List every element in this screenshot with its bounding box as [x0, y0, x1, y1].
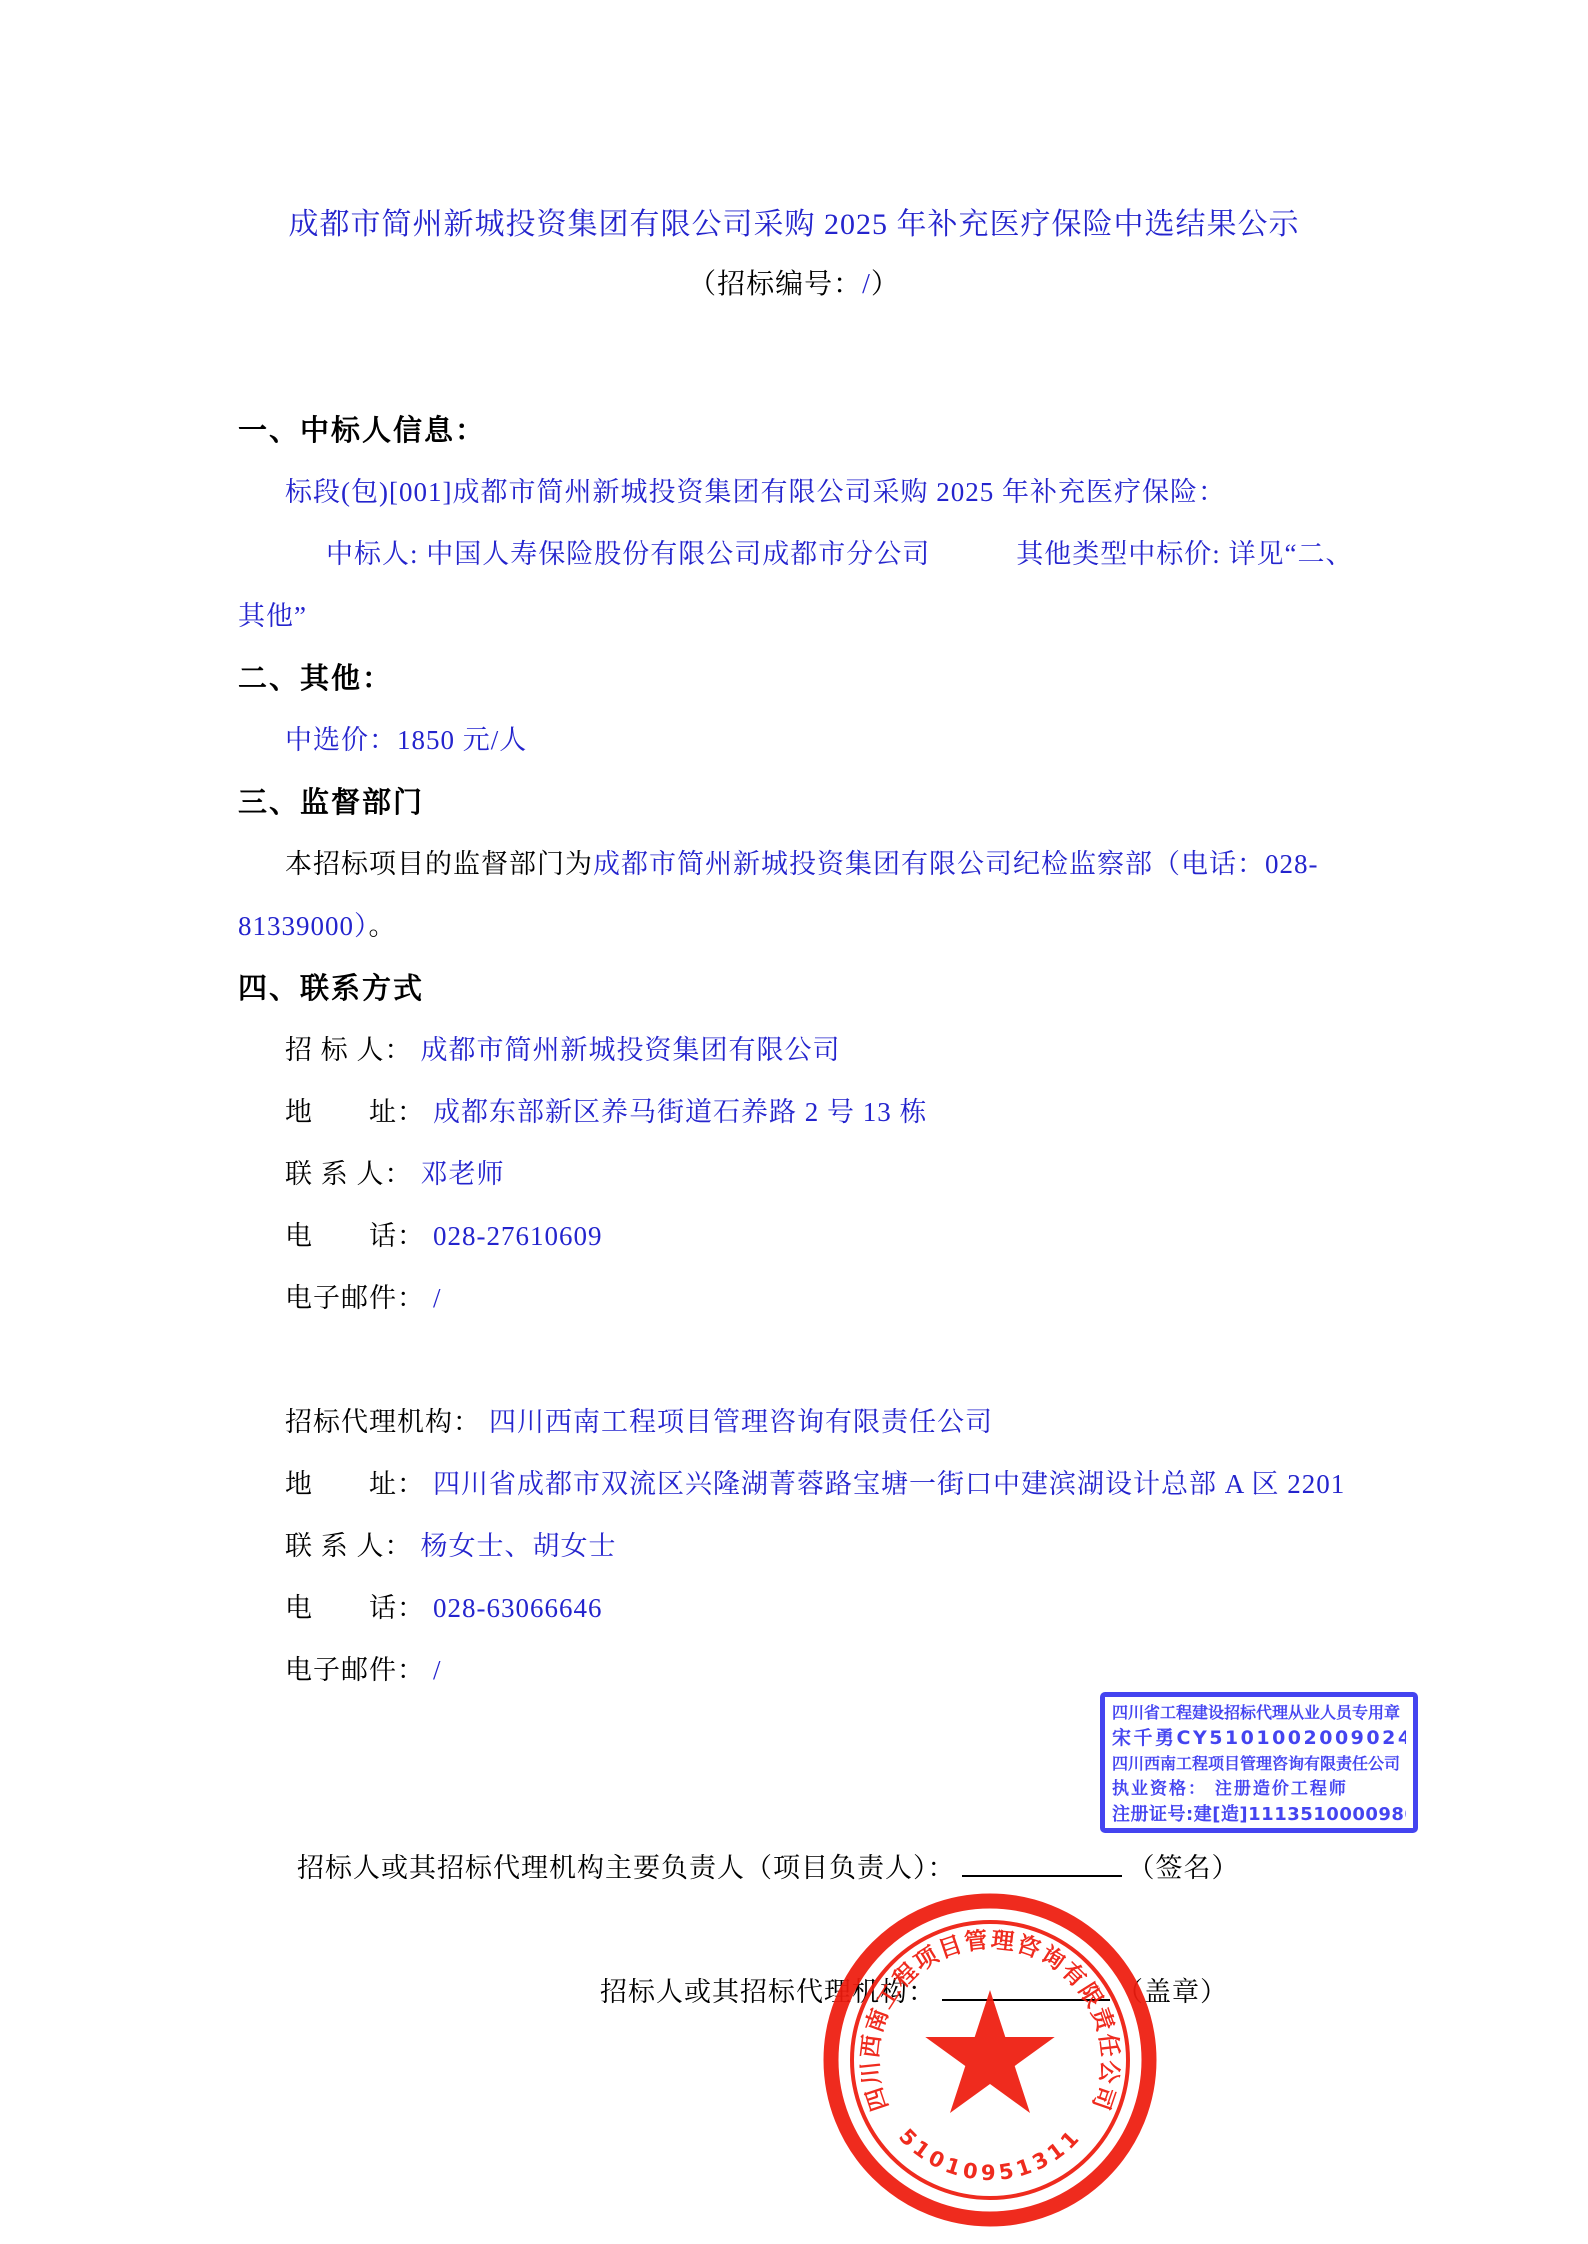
agency-address-value: 四川省成都市双流区兴隆湖菁蓉路宝塘一街口中建滨湖设计总部 A 区 2201: [433, 1469, 1345, 1499]
other-price-note: 其他类型中标价: 详见“二、: [1016, 539, 1353, 569]
tenderer-email-label: 电子邮件：: [285, 1283, 425, 1313]
spacer: [238, 1329, 1350, 1391]
tenderer-row-address: 地 址：成都东部新区养马街道石养路 2 号 13 栋: [238, 1081, 1350, 1143]
agency-email-value: /: [433, 1655, 442, 1685]
tenderer-address-label: 地 址：: [285, 1097, 425, 1127]
section2-heading: 二、其他：: [238, 647, 1350, 709]
tenderer-row-contact: 联 系 人：邓老师: [238, 1143, 1350, 1205]
agency-phone-label: 电 话：: [285, 1593, 425, 1623]
agency-address-label: 地 址：: [285, 1469, 425, 1499]
winner-line: 中标人: 中国人寿保险股份有限公司成都市分公司其他类型中标价: 详见“二、: [238, 523, 1350, 585]
agent-qualification-stamp: 四川省工程建设招标代理从业人员专用章 宋千勇CY51010020090246 四…: [1100, 1692, 1418, 1833]
tenderer-phone-value: 028-27610609: [433, 1221, 603, 1251]
tenderer-contact-label: 联 系 人：: [285, 1159, 413, 1189]
agency-row-contact: 联 系 人：杨女士、胡女士: [238, 1515, 1350, 1577]
lot-line: 标段(包)[001]成都市简州新城投资集团有限公司采购 2025 年补充医疗保险…: [238, 461, 1350, 523]
tenderer-name-value: 成都市简州新城投资集团有限公司: [421, 1035, 841, 1065]
tender-number-line: （招标编号：/）: [238, 254, 1350, 316]
tender-number-suffix: ）: [871, 269, 900, 300]
agent-stamp-person-id: 宋千勇CY51010020090246: [1112, 1723, 1406, 1750]
signature-line1-label: 招标人或其招标代理机构主要负责人（项目负责人）：: [297, 1853, 956, 1883]
seal-star-icon: [925, 1990, 1054, 2113]
signature-line-agency: 招标人或其招标代理机构：（盖章）: [238, 1961, 1350, 2023]
tenderer-address-value: 成都东部新区养马街道石养路 2 号 13 栋: [433, 1097, 928, 1127]
agency-row-phone: 电 话：028-63066646: [238, 1577, 1350, 1639]
page-title: 成都市简州新城投资集团有限公司采购 2025 年补充医疗保险中选结果公示: [238, 196, 1350, 254]
agency-contact-value: 杨女士、胡女士: [421, 1531, 617, 1561]
agency-row-address: 地 址：四川省成都市双流区兴隆湖菁蓉路宝塘一街口中建滨湖设计总部 A 区 220…: [238, 1453, 1350, 1515]
tenderer-row-name: 招 标 人：成都市简州新城投资集团有限公司: [238, 1019, 1350, 1081]
signature-line1-suffix: （签名）: [1128, 1853, 1240, 1883]
selected-price-line: 中选价：1850 元/人: [238, 709, 1350, 771]
tenderer-name-label: 招 标 人：: [285, 1035, 413, 1065]
agent-stamp-cert-number: 注册证号:建[造]11135100009806: [1112, 1800, 1406, 1826]
signature-line1-blank: [962, 1871, 1122, 1877]
agent-stamp-qualification: 执业资格： 注册造价工程师: [1112, 1774, 1406, 1799]
spacer: [238, 1899, 1350, 1961]
agent-stamp-company: 四川西南工程项目管理咨询有限责任公司: [1112, 1751, 1406, 1774]
agency-phone-value: 028-63066646: [433, 1593, 603, 1623]
supervision-phone: 81339000）: [238, 911, 369, 941]
agency-contact-label: 联 系 人：: [285, 1531, 413, 1561]
signature-line-responsible: 招标人或其招标代理机构主要负责人（项目负责人）：（签名）: [238, 1837, 1350, 1899]
document-page: 成都市简州新城投资集团有限公司采购 2025 年补充医疗保险中选结果公示 （招标…: [0, 0, 1588, 2244]
tenderer-phone-label: 电 话：: [285, 1221, 425, 1251]
agency-email-label: 电子邮件：: [285, 1655, 425, 1685]
supervision-line1-black: 本招标项目的监督部门为: [285, 849, 593, 879]
supervision-period: 。: [369, 911, 397, 941]
tenderer-row-phone: 电 话：028-27610609: [238, 1205, 1350, 1267]
supervision-line1-blue: 成都市简州新城投资集团有限公司纪检监察部（电话：028-: [593, 849, 1319, 879]
tender-number-prefix: （招标编号：: [688, 269, 862, 300]
tenderer-row-email: 电子邮件：/: [238, 1267, 1350, 1329]
agency-name-value: 四川西南工程项目管理咨询有限责任公司: [489, 1407, 993, 1437]
section4-heading: 四、联系方式: [238, 957, 1350, 1019]
section3-heading: 三、监督部门: [238, 771, 1350, 833]
spacer: [238, 316, 1350, 399]
supervision-line2: 81339000）。: [238, 895, 1350, 957]
supervision-line1: 本招标项目的监督部门为成都市简州新城投资集团有限公司纪检监察部（电话：028-: [238, 833, 1350, 895]
agency-name-label: 招标代理机构：: [285, 1407, 481, 1437]
agency-row-name: 招标代理机构：四川西南工程项目管理咨询有限责任公司: [238, 1391, 1350, 1453]
tenderer-email-value: /: [433, 1283, 442, 1313]
other-price-note-wrap: 其他”: [238, 585, 1350, 647]
winner-name: 中标人: 中国人寿保险股份有限公司成都市分公司: [326, 539, 930, 569]
agent-stamp-title: 四川省工程建设招标代理从业人员专用章: [1112, 1700, 1406, 1723]
company-red-seal: 四川西南工程项目管理咨询有限责任公司 5101095131199: [810, 1880, 1170, 2240]
section1-heading: 一、中标人信息：: [238, 399, 1350, 461]
tender-number-value: /: [862, 269, 871, 300]
tenderer-contact-value: 邓老师: [421, 1159, 505, 1189]
